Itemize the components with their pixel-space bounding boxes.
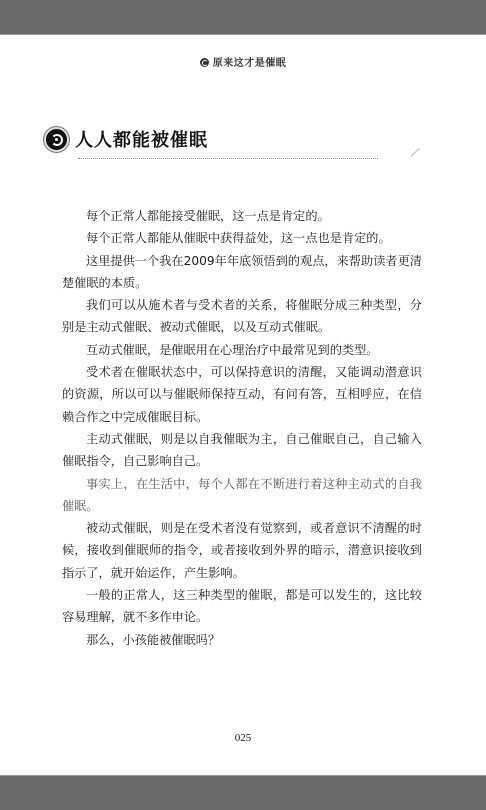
paragraph: 受术者在催眠状态中，可以保持意识的清醒，又能调动潜意识的资源，所以可以与催眠师保… [62, 361, 422, 428]
chapter-title-text: 人人都能被催眠 [75, 126, 208, 152]
spiral-circle-icon [44, 127, 69, 152]
page-number: 025 [0, 732, 486, 744]
chapter-title: 人人都能被催眠 [44, 127, 208, 151]
reader-top-bar [0, 0, 486, 35]
running-header-text: 原来这才是催眠 [213, 58, 287, 69]
spiral-icon [200, 58, 209, 67]
paragraph: 那么，小孩能被催眠吗？ [62, 629, 422, 651]
paragraph: 这里提供一个我在2009年年底领悟到的观点，来帮助读者更清楚催眠的本质。 [62, 250, 422, 295]
paragraph: 每个正常人都能接受催眠，这一点是肯定的。 [62, 205, 422, 227]
paragraph: 一般的正常人，这三种类型的催眠，都是可以发生的，这比较容易理解，就不多作申论。 [62, 584, 422, 629]
reader-bottom-bar [0, 775, 486, 810]
paragraph: 每个正常人都能从催眠中获得益处，这一点也是肯定的。 [62, 227, 422, 249]
title-dotted-rule [78, 158, 378, 159]
running-header: 原来这才是催眠 [0, 54, 486, 69]
paragraph: 互动式催眠，是催眠用在心理治疗中最常见到的类型。 [62, 339, 422, 361]
paragraph: 我们可以从施术者与受术者的关系，将催眠分成三种类型，分别是主动式催眠、被动式催眠… [62, 294, 422, 339]
paragraph: 被动式催眠，则是在受术者没有觉察到，或者意识不清醒的时候，接收到催眠师的指令，或… [62, 517, 422, 584]
paragraph: 事实上，在生活中，每个人都在不断进行着这种主动式的自我催眠。 [62, 473, 422, 518]
paragraph: 主动式催眠，则是以自我催眠为主，自己催眠自己，自己输入催眠指令，自己影响自己。 [62, 428, 422, 473]
body-text: 每个正常人都能接受催眠，这一点是肯定的。 每个正常人都能从催眠中获得益处，这一点… [62, 205, 422, 651]
